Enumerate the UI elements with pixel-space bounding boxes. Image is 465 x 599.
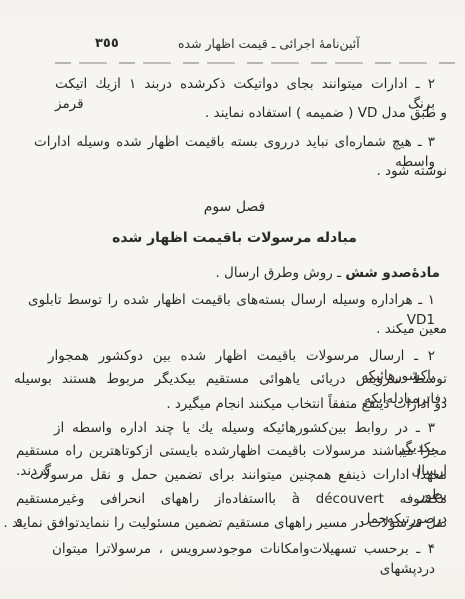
p4-line1: ۴ ـ برحسب تسهیلات‌وامکانات موجودسرویس ، … (52, 539, 447, 561)
scanned-document-page: آئین‌نامۀ اجرائی ـ قیمت اظهار شده ٣٥٥ ٢ … (0, 0, 465, 599)
p3-line4: مکشوفه à découvert بااستفاده‌از راههای ا… (16, 489, 447, 511)
p3-line1: ٣ ـ در روابط بین‌کشورهائیکه وسیله یك یا … (54, 418, 447, 440)
item3-line2: نوشته شود . (22, 161, 447, 183)
p2-line1: ٢ ـ ارسال مرسولات باقیمت اظهار شده بین د… (48, 346, 447, 368)
p2-line3: دو ادارات ذینفع متفقاً انتخاب میکنند انج… (22, 394, 447, 416)
item2-line2: و طبق مدل VD ( ضمیمه ) استفاده نمایند . (22, 103, 447, 125)
p1-line1: ١ ـ هراداره وسیله ارسال بسته‌های باقیمت … (28, 290, 447, 312)
header-divider (55, 62, 460, 64)
p3-line5: نقل مرسولات در مسیر راههای مستقیم تضمین … (22, 513, 447, 535)
p3-line2: مجزا میباشند مرسولات باقیمت اظهارشده بای… (16, 441, 447, 463)
article-heading: مادۀصدو شش ـ روش وطرق ارسال . (22, 263, 440, 285)
article-number: مادۀصدو شش (345, 265, 440, 281)
item2-line1: ٢ ـ ادارات میتوانند بجای دواتیکت ذکرشده … (55, 74, 447, 96)
item3-line1: ٣ ـ هیچ شماره‌ای نباید درروی بسته باقیمت… (34, 132, 447, 154)
article-title: ـ روش وطرق ارسال . (215, 265, 345, 281)
p1-line2: معین میکند . (22, 319, 447, 341)
p3-line3: معهذا ادارات ذینفع همچنین میتوانند برای … (30, 465, 447, 487)
running-header-title: آئین‌نامۀ اجرائی ـ قیمت اظهار شده (178, 36, 360, 51)
chapter-heading: فصل سوم (22, 197, 447, 219)
page-number: ٣٥٥ (95, 36, 119, 51)
chapter-subheading: مبادله مرسولات باقیمت اظهار شده (22, 228, 447, 250)
p2-line2: توسط سرویس دریائی یاهوائی مستقیم بیکدیگر… (14, 369, 447, 391)
